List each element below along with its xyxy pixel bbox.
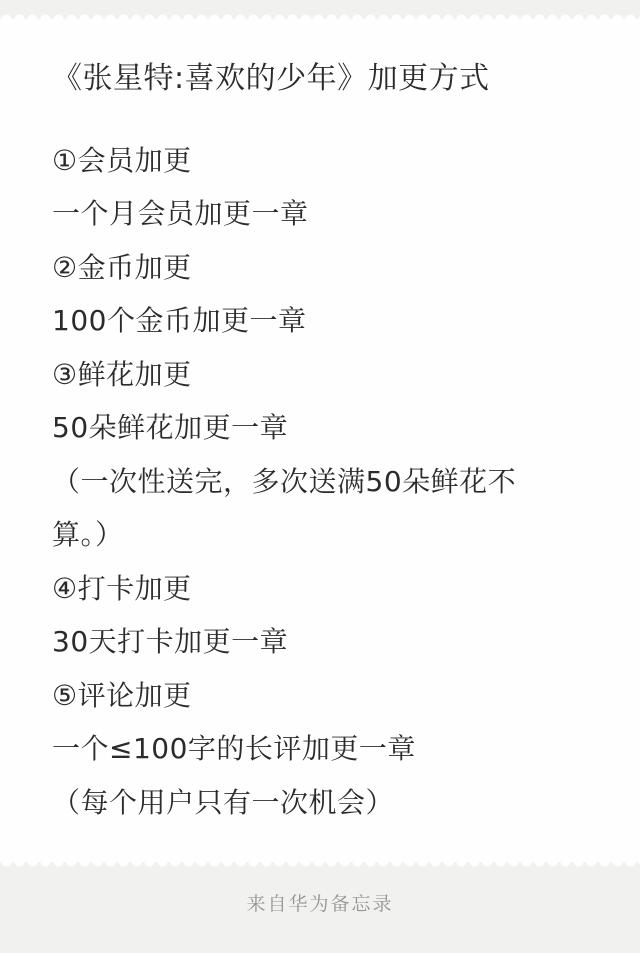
note-line-2: 一个月会员加更一章 bbox=[52, 186, 604, 240]
note-line-8: 算。） bbox=[52, 507, 604, 561]
footer: 来自华为备忘录 bbox=[0, 868, 640, 953]
note-paper: 《张星特:喜欢的少年》加更方式 ①会员加更 一个月会员加更一章 ②金币加更 10… bbox=[0, 19, 640, 862]
note-line-12: 一个≤100字的长评加更一章 bbox=[52, 721, 604, 775]
note-line-6: 50朵鲜花加更一章 bbox=[52, 400, 604, 454]
note-title: 《张星特:喜欢的少年》加更方式 bbox=[52, 57, 604, 101]
note-line-5: ③鲜花加更 bbox=[52, 346, 604, 400]
note-body: ①会员加更 一个月会员加更一章 ②金币加更 100个金币加更一章 ③鲜花加更 5… bbox=[52, 132, 604, 828]
note-line-9: ④打卡加更 bbox=[52, 560, 604, 614]
note-line-1: ①会员加更 bbox=[52, 132, 604, 186]
note-line-11: ⑤评论加更 bbox=[52, 667, 604, 721]
memo-share-card: 《张星特:喜欢的少年》加更方式 ①会员加更 一个月会员加更一章 ②金币加更 10… bbox=[0, 0, 640, 953]
note-line-4: 100个金币加更一章 bbox=[52, 293, 604, 347]
source-label: 来自华为备忘录 bbox=[246, 892, 393, 916]
note-line-7: （一次性送完，多次送满50朵鲜花不 bbox=[52, 453, 604, 507]
note-line-10: 30天打卡加更一章 bbox=[52, 614, 604, 668]
top-margin bbox=[0, 0, 640, 13]
note-line-13: （每个用户只有一次机会） bbox=[52, 774, 604, 828]
note-line-3: ②金币加更 bbox=[52, 239, 604, 293]
